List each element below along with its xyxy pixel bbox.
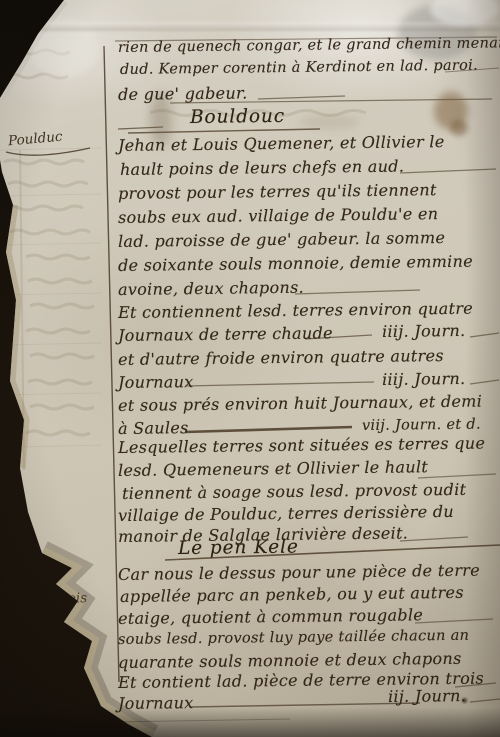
paper: Poulduc Kervois rien de quenech congar, … bbox=[0, 0, 500, 737]
margin-note-kervois: Kervois bbox=[36, 590, 88, 608]
manuscript-line: avoine, deux chapons. bbox=[118, 278, 304, 299]
margin-note-poulduc: Poulduc bbox=[7, 129, 63, 150]
manuscript-line: soubs eux aud. villaige de Pouldu'e en bbox=[118, 204, 439, 227]
manuscript-line: à Saules bbox=[118, 418, 189, 438]
paper-fold-highlight bbox=[30, 18, 100, 78]
margin-rule-line bbox=[104, 46, 119, 682]
manuscript-photo: Poulduc Kervois rien de quenech congar, … bbox=[0, 0, 500, 737]
section-heading-poulduc: Bouldouc bbox=[190, 106, 285, 128]
manuscript-line: et d'autre froide environ quatre autres bbox=[118, 346, 444, 369]
manuscript-line: tiennent à soage sous lesd. provost oudi… bbox=[122, 480, 467, 503]
manuscript-line: lesd. Quemeneurs et Ollivier le hault bbox=[118, 457, 428, 480]
manuscript-line: lad. paroisse de gue' gabeur. la somme bbox=[118, 228, 445, 251]
stain bbox=[434, 92, 468, 130]
tally-amount: viij. Journ. et d. bbox=[362, 417, 481, 434]
manuscript-line: dud. Kemper corentin à Kerdinot en lad. … bbox=[120, 58, 478, 78]
tally-amount: iij. Journ. bbox=[388, 686, 466, 706]
manuscript-line: et sous prés environ huit Journaux, et d… bbox=[118, 392, 482, 415]
manuscript-line: villaige de Poulduc, terres derissière d… bbox=[118, 502, 454, 525]
manuscript-line: Lesquelles terres sont situées es terres… bbox=[118, 434, 485, 457]
manuscript-line: Journaux bbox=[118, 372, 194, 392]
manuscript-line: soubs lesd. provost luy paye taillée cha… bbox=[118, 628, 469, 648]
manuscript-line: de soixante souls monnoie, demie emmine bbox=[118, 252, 473, 275]
stain bbox=[300, 115, 360, 129]
paper-fold-highlight bbox=[430, 0, 500, 26]
tally-amount: iiij. Journ. bbox=[382, 369, 466, 389]
manuscript-line: Journaux bbox=[118, 693, 194, 713]
manuscript-line: Car nous le dessus pour une pièce de ter… bbox=[118, 561, 480, 584]
manuscript-line: rien de quenech congar, et le grand chem… bbox=[118, 35, 500, 56]
manuscript-line: appellée parc an penkeb, ou y eut autres bbox=[120, 583, 464, 606]
tally-amount: iiij. Journ. bbox=[382, 321, 466, 341]
manuscript-line: Et contiennent lesd. terres environ quat… bbox=[118, 299, 473, 322]
paper-crease bbox=[0, 22, 500, 31]
manuscript-line: hault poins de leurs chefs en aud. bbox=[120, 157, 404, 179]
section-heading-penkele: Le pen Kele bbox=[178, 537, 299, 559]
margin-crease bbox=[20, 150, 24, 470]
manuscript-line: de gue' gabeur. bbox=[118, 83, 248, 104]
manuscript-line: Journaux de terre chaude bbox=[118, 323, 333, 345]
manuscript-line: etaige, quotient à commun rougable bbox=[118, 605, 423, 628]
manuscript-line: provost pour les terres qu'ils tiennent bbox=[118, 180, 437, 203]
margin-faint-rules bbox=[0, 148, 102, 447]
manuscript-line: Jehan et Louis Quemener, et Ollivier le bbox=[118, 132, 445, 155]
margin-note-underline bbox=[6, 148, 90, 155]
stain bbox=[450, 120, 468, 136]
